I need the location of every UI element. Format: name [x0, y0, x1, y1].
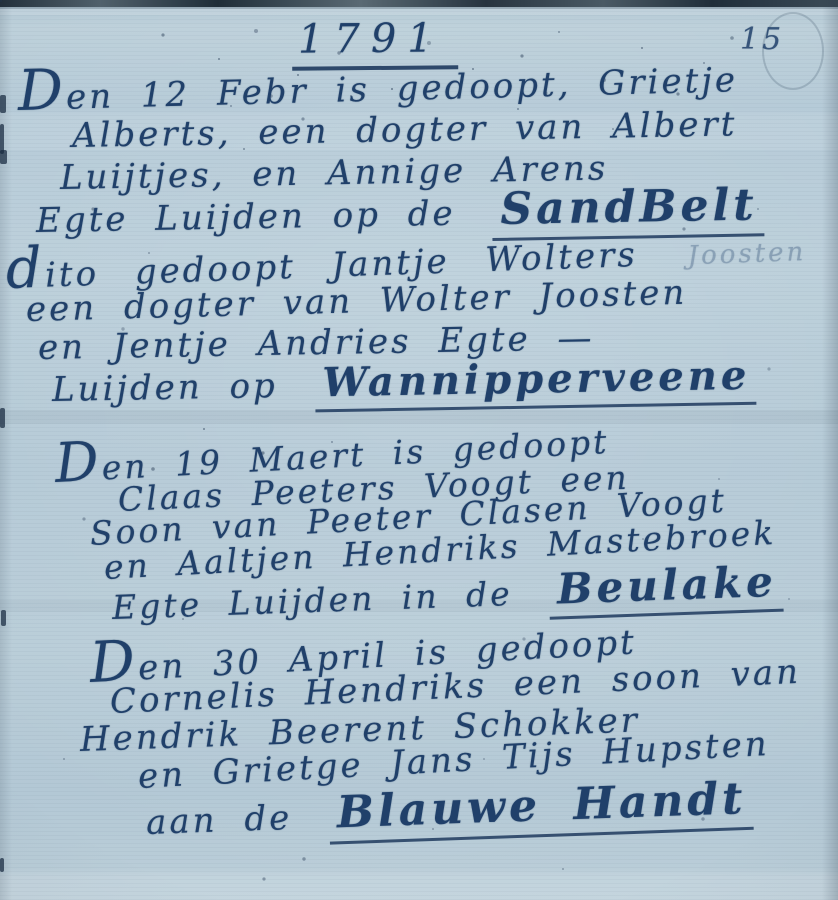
- place-name: Wannipperveene: [314, 352, 757, 413]
- entry-line-text: Luijden op: [52, 366, 278, 410]
- page-number: 15: [740, 22, 784, 57]
- entry-line-text: aan de: [145, 798, 292, 843]
- faded-ink-text: Joosten: [687, 237, 807, 271]
- entry-line-text: Egte Luijden in de: [111, 574, 513, 627]
- handwriting-layer: 1791 15 Den 12 Febr is gedoopt, Grietje …: [0, 0, 838, 900]
- place-name: Beulake: [548, 557, 784, 620]
- manuscript-page: 1791 15 Den 12 Febr is gedoopt, Grietje …: [0, 0, 838, 900]
